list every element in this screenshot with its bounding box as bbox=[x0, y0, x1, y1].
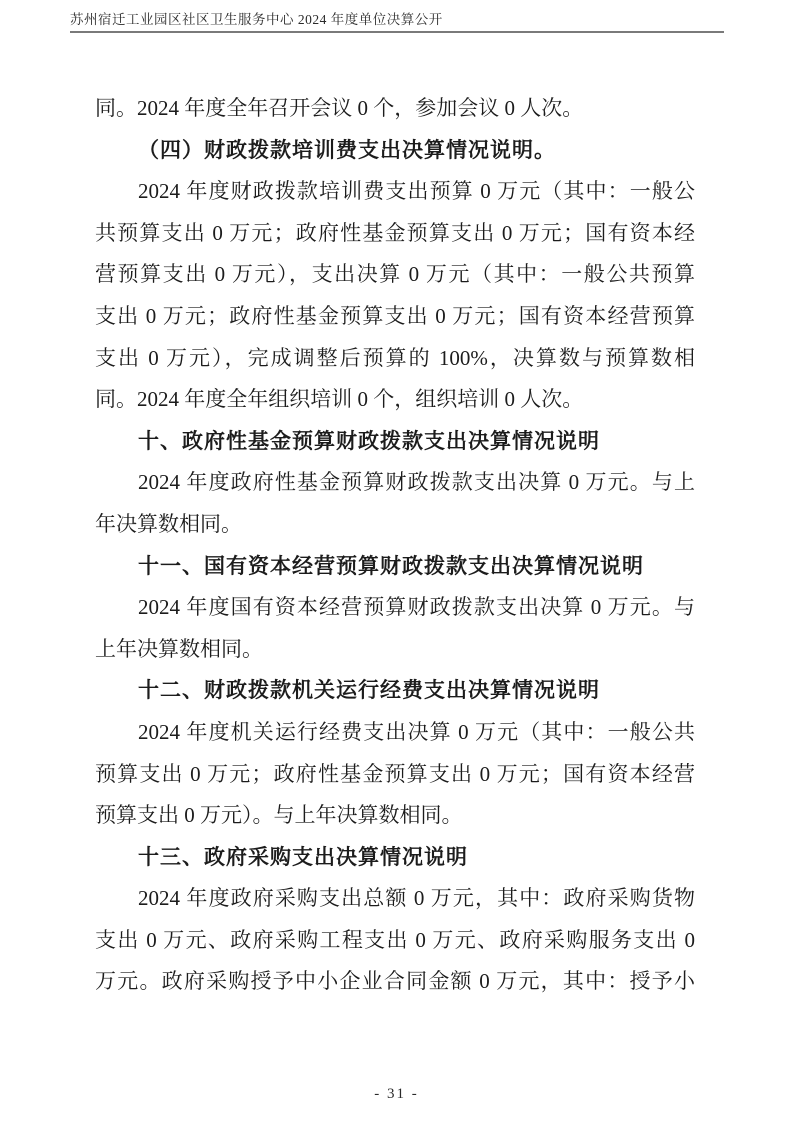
page-header: 苏州宿迁工业园区社区卫生服务中心 2024 年度单位决算公开 bbox=[70, 11, 724, 29]
document-body: 同。2024 年度全年召开会议 0 个，参加会议 0 人次。（四）财政拨款培训费… bbox=[95, 88, 695, 1003]
paragraph-line: 共预算支出 0 万元；政府性基金预算支出 0 万元；国有资本经 bbox=[95, 213, 695, 255]
paragraph-line: 2024 年度财政拨款培训费支出预算 0 万元（其中：一般公 bbox=[95, 171, 695, 213]
paragraph-line: 同。2024 年度全年组织培训 0 个，组织培训 0 人次。 bbox=[95, 379, 695, 421]
paragraph-line: 支出 0 万元；政府性基金预算支出 0 万元；国有资本经营预算 bbox=[95, 296, 695, 338]
paragraph-line: 2024 年度机关运行经费支出决算 0 万元（其中：一般公共 bbox=[95, 712, 695, 754]
page-footer: - 31 - bbox=[0, 1085, 793, 1103]
paragraph-line: 2024 年度国有资本经营预算财政拨款支出决算 0 万元。与 bbox=[95, 587, 695, 629]
paragraph-line: 支出 0 万元），完成调整后预算的 100%，决算数与预算数相 bbox=[95, 338, 695, 380]
section-heading: 十二、财政拨款机关运行经费支出决算情况说明 bbox=[95, 670, 695, 712]
paragraph-line: 支出 0 万元、政府采购工程支出 0 万元、政府采购服务支出 0 bbox=[95, 920, 695, 962]
paragraph-line: 万元。政府采购授予中小企业合同金额 0 万元，其中：授予小 bbox=[95, 961, 695, 1003]
section-heading: 十、政府性基金预算财政拨款支出决算情况说明 bbox=[95, 421, 695, 463]
paragraph-line: 2024 年度政府性基金预算财政拨款支出决算 0 万元。与上 bbox=[95, 462, 695, 504]
document-page: 苏州宿迁工业园区社区卫生服务中心 2024 年度单位决算公开 同。2024 年度… bbox=[0, 0, 793, 1122]
paragraph-line: 年决算数相同。 bbox=[95, 504, 695, 546]
paragraph-line: 2024 年度政府采购支出总额 0 万元，其中：政府采购货物 bbox=[95, 878, 695, 920]
header-title: 苏州宿迁工业园区社区卫生服务中心 2024 年度单位决算公开 bbox=[70, 11, 724, 29]
paragraph-line: 营预算支出 0 万元），支出决算 0 万元（其中：一般公共预算 bbox=[95, 254, 695, 296]
footer-page-number: - 31 - bbox=[374, 1086, 419, 1102]
header-rule-divider bbox=[70, 31, 724, 33]
paragraph-line: 预算支出 0 万元；政府性基金预算支出 0 万元；国有资本经营 bbox=[95, 754, 695, 796]
section-heading: （四）财政拨款培训费支出决算情况说明。 bbox=[95, 130, 695, 172]
paragraph-line: 预算支出 0 万元）。与上年决算数相同。 bbox=[95, 795, 695, 837]
section-heading: 十三、政府采购支出决算情况说明 bbox=[95, 837, 695, 879]
paragraph-line: 上年决算数相同。 bbox=[95, 629, 695, 671]
section-heading: 十一、国有资本经营预算财政拨款支出决算情况说明 bbox=[95, 546, 695, 588]
paragraph-line: 同。2024 年度全年召开会议 0 个，参加会议 0 人次。 bbox=[95, 88, 695, 130]
